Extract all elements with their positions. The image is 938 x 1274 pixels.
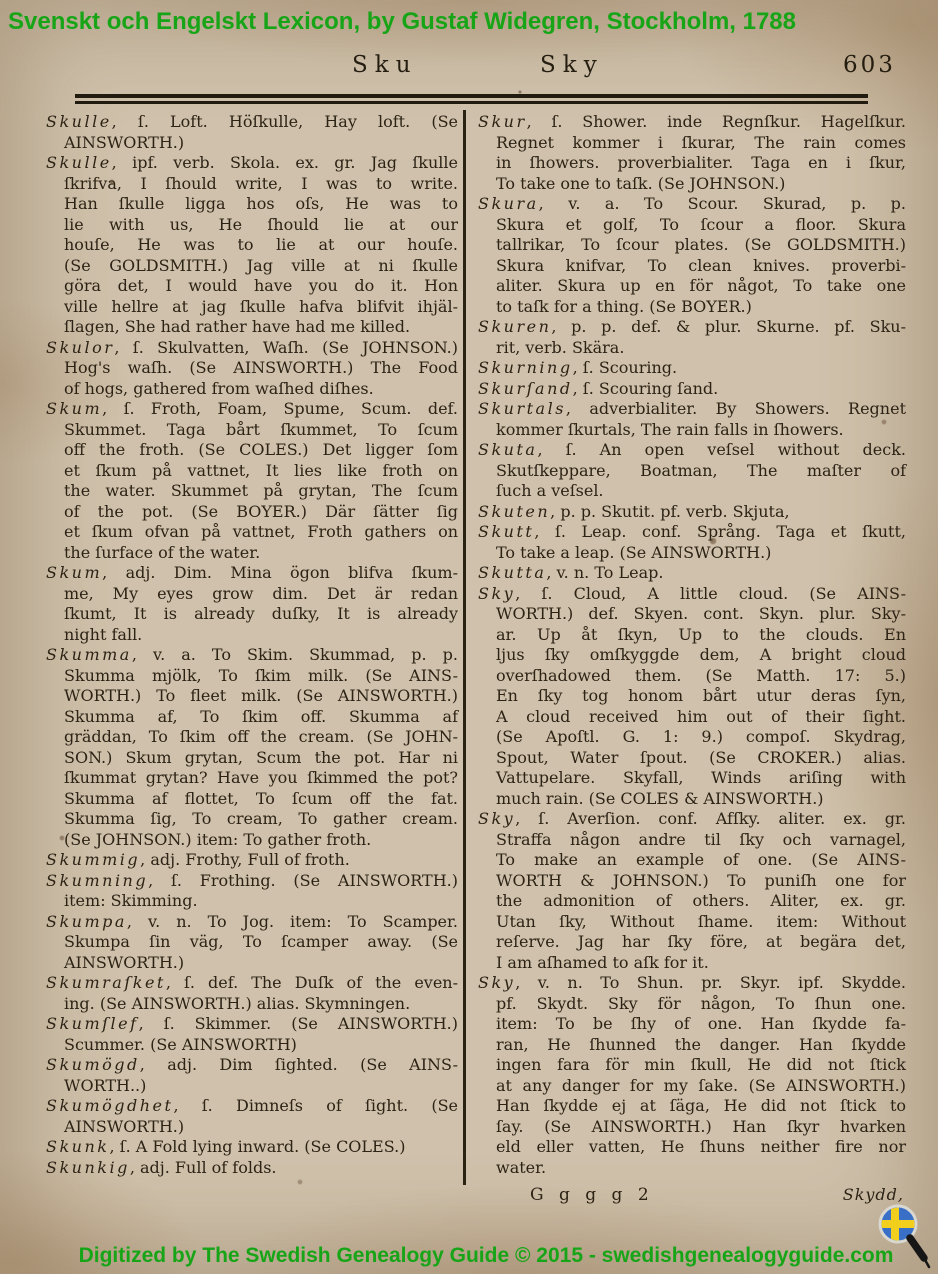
text-line: lie with us, He ſhould lie at our	[46, 215, 458, 236]
text-line: ſlagen, She had rather have had me kille…	[46, 317, 458, 338]
entry-headword: Skumögdhet	[46, 1096, 173, 1115]
dictionary-entry: Skunk, ſ. A Fold lying inward. (Se COLES…	[46, 1137, 458, 1158]
text-line: Skurning, ſ. Scouring.	[478, 358, 906, 379]
text-line: Skumpa ſin väg, To ſcamper away. (Se	[46, 932, 458, 953]
text-line: Skumning, ſ. Frothing. (Se AINSWORTH.)	[46, 871, 458, 892]
text-line: Skura, v. a. To Scour. Skurad, p. p.	[478, 194, 906, 215]
entry-headword: Skumſlef	[46, 1014, 139, 1033]
footer-line: G g g g 2 Skydd,	[478, 1185, 906, 1205]
text-line: item: To be ſhy of one. Han ſkydde fa-	[478, 1014, 906, 1035]
text-line: Skum, adj. Dim. Mina ögon blifva ſkum-	[46, 563, 458, 584]
scanned-lexicon-page: Svenskt och Engelskt Lexicon, by Gustaf …	[0, 0, 938, 1274]
text-line: Skumma ſig, To cream, To gather cream.	[46, 809, 458, 830]
text-line: Skumraſket, ſ. def. The Duſk of the even…	[46, 973, 458, 994]
entry-headword: Skumögd	[46, 1055, 140, 1074]
text-line: AINSWORTH.)	[46, 133, 458, 154]
text-line: ſuch a veſsel.	[478, 481, 906, 502]
entry-headword: Skumma	[46, 645, 132, 664]
entry-headword: Skuten	[478, 502, 550, 521]
dictionary-entry: Skumögdhet, ſ. Dimneſs of ſight. (SeAINS…	[46, 1096, 458, 1137]
running-head-right: Sky	[540, 52, 604, 78]
text-line: Han ſkydde ej at ſäga, He did not ſtick …	[478, 1096, 906, 1117]
text-line: Skumögdhet, ſ. Dimneſs of ſight. (Se	[46, 1096, 458, 1117]
dictionary-entry: Skuten, p. p. Skutit. pf. verb. Skjuta,	[478, 502, 906, 523]
dictionary-entry: Skurtals, adverbialiter. By Showers. Reg…	[478, 399, 906, 440]
text-line: göra det, I would have you do it. Hon	[46, 276, 458, 297]
text-line: aliter. Skura up en för något, To take o…	[478, 276, 906, 297]
page-number: 603	[843, 52, 896, 78]
entry-headword: Skutt	[478, 522, 534, 541]
dictionary-entry: Skumſlef, ſ. Skimmer. (Se AINSWORTH.)Scu…	[46, 1014, 458, 1055]
text-line: Skutta, v. n. To Leap.	[478, 563, 906, 584]
dictionary-entry: Skulor, ſ. Skulvatten, Waſh. (Se JOHNSON…	[46, 338, 458, 400]
text-line: night fall.	[46, 625, 458, 646]
dictionary-entry: Skurning, ſ. Scouring.	[478, 358, 906, 379]
text-line: Scummer. (Se AINSWORTH)	[46, 1035, 458, 1056]
text-line: Han ſkulle ligga hos oſs, He was to	[46, 194, 458, 215]
text-line: et ſkum ofvan på vattnet, Froth gathers …	[46, 522, 458, 543]
entry-headword: Sky	[478, 584, 515, 603]
text-line: kommer ſkurtals, The rain falls in ſhowe…	[478, 420, 906, 441]
entry-headword: Sky	[478, 809, 515, 828]
entry-headword: Skuta	[478, 440, 537, 459]
left-column-entries: Skulle, ſ. Loft. Höſkulle, Hay loft. (Se…	[46, 112, 458, 1178]
text-line: Skutt, ſ. Leap. conf. Språng. Taga et ſk…	[478, 522, 906, 543]
text-line: En ſky tog honom bårt utur deras ſyn,	[478, 686, 906, 707]
entry-headword: Skunkig	[46, 1158, 130, 1177]
text-line: Spout, Water ſpout. (Se CROKER.) alias.	[478, 748, 906, 769]
text-line: item: Skimming.	[46, 891, 458, 912]
text-line: tallrikar, To ſcour plates. (Se GOLDSMIT…	[478, 235, 906, 256]
text-line: ſkrifva, I ſhould write, I was to write.	[46, 174, 458, 195]
text-line: of the pot. (Se BOYER.) Där ſätter ſig	[46, 502, 458, 523]
text-line: Skulle, ipf. verb. Skola. ex. gr. Jag ſk…	[46, 153, 458, 174]
text-line: ſkumt, It is already duſky, It is alread…	[46, 604, 458, 625]
text-line: Skum, ſ. Froth, Foam, Spume, Scum. def.	[46, 399, 458, 420]
entry-headword: Skumpa	[46, 912, 127, 931]
text-line: Straffa någon andre til ſky och varnagel…	[478, 830, 906, 851]
text-line: ville hellre at jag ſkulle hafva blifvit…	[46, 297, 458, 318]
text-line: Skummig, adj. Frothy, Full of froth.	[46, 850, 458, 871]
text-line: ran, He ſhunned the danger. Han ſkydde	[478, 1035, 906, 1056]
text-line: Skumma, v. a. To Skim. Skummad, p. p.	[46, 645, 458, 666]
gathering-signature: G g g g 2	[530, 1185, 654, 1205]
digitization-title: Svenskt och Engelskt Lexicon, by Gustaf …	[8, 8, 796, 36]
text-line: ſay. (Se AINSWORTH.) Han ſkyr hvarken	[478, 1117, 906, 1138]
text-line: To take a leap. (Se AINSWORTH.)	[478, 543, 906, 564]
text-line: overſhadowed them. (Se Matth. 17: 5.)	[478, 666, 906, 687]
swedish-flag-magnifier-icon	[874, 1202, 932, 1274]
text-line: SON.) Skum grytan, Scum the pot. Har ni	[46, 748, 458, 769]
text-line: Skumpa, v. n. To Jog. item: To Scamper.	[46, 912, 458, 933]
text-line: (Se GOLDSMITH.) Jag ville at ni ſkulle	[46, 256, 458, 277]
text-line: Skurſand, ſ. Scouring ſand.	[478, 379, 906, 400]
running-head-left: Sku	[352, 52, 418, 78]
dictionary-entry: Skulle, ipf. verb. Skola. ex. gr. Jag ſk…	[46, 153, 458, 338]
dictionary-entry: Skuren, p. p. def. & plur. Skurne. pf. S…	[478, 317, 906, 358]
dictionary-entry: Skutta, v. n. To Leap.	[478, 563, 906, 584]
text-line: Regnet kommer i ſkurar, The rain comes	[478, 133, 906, 154]
left-column: Skulle, ſ. Loft. Höſkulle, Hay loft. (Se…	[46, 112, 458, 1178]
entry-headword: Skulle	[46, 112, 112, 131]
text-line: Skumma mjölk, To ſkim milk. (Se AINS-	[46, 666, 458, 687]
entry-headword: Sky	[478, 973, 515, 992]
text-line: of hogs, gathered from waſhed diſhes.	[46, 379, 458, 400]
dictionary-entry: Skumraſket, ſ. def. The Duſk of the even…	[46, 973, 458, 1014]
text-line: much rain. (Se COLES & AINSWORTH.)	[478, 789, 906, 810]
text-line: ljus ſky omſkyggde dem, A bright cloud	[478, 645, 906, 666]
text-line: the water. Skummet på grytan, The ſcum	[46, 481, 458, 502]
text-line: off the froth. (Se COLES.) Det ligger ſo…	[46, 440, 458, 461]
text-line: gräddan, To ſkim off the cream. (Se JOHN…	[46, 727, 458, 748]
entry-headword: Skum	[46, 399, 102, 418]
text-line: at any danger for my ſake. (Se AINSWORTH…	[478, 1076, 906, 1097]
text-line: (Se JOHNSON.) item: To gather froth.	[46, 830, 458, 851]
text-line: Skur, ſ. Shower. inde Regnſkur. Hagelſku…	[478, 112, 906, 133]
text-line: Skuren, p. p. def. & plur. Skurne. pf. S…	[478, 317, 906, 338]
entry-headword: Skutta	[478, 563, 546, 582]
entry-headword: Skumraſket	[46, 973, 166, 992]
text-line: Skurtals, adverbialiter. By Showers. Reg…	[478, 399, 906, 420]
text-line: Skulle, ſ. Loft. Höſkulle, Hay loft. (Se	[46, 112, 458, 133]
text-line: Hog's waſh. (Se AINSWORTH.) The Food	[46, 358, 458, 379]
text-line: WORTH & JOHNSON.) To puniſh one for	[478, 871, 906, 892]
text-line: AINSWORTH.)	[46, 953, 458, 974]
text-line: Skutſkeppare, Boatman, The maſter of	[478, 461, 906, 482]
dictionary-entry: Skura, v. a. To Scour. Skurad, p. p.Skur…	[478, 194, 906, 317]
entry-headword: Skurſand	[478, 379, 573, 398]
text-line: (Se Apoſtl. G. 1: 9.) compoſ. Skydrag,	[478, 727, 906, 748]
text-line: pf. Skydt. Sky för någon, To ſhun one.	[478, 994, 906, 1015]
entry-headword: Skulle	[46, 153, 112, 172]
dictionary-entry: Skunkig, adj. Full of folds.	[46, 1158, 458, 1179]
text-line: the ſurface of the water.	[46, 543, 458, 564]
text-line: Skumögd, adj. Dim ſighted. (Se AINS-	[46, 1055, 458, 1076]
text-line: Sky, v. n. To Shun. pr. Skyr. ipf. Skydd…	[478, 973, 906, 994]
text-line: reſerve. Jag har ſky före, at begära det…	[478, 932, 906, 953]
dictionary-entry: Skumpa, v. n. To Jog. item: To Scamper.S…	[46, 912, 458, 974]
entry-headword: Skuren	[478, 317, 551, 336]
dictionary-entry: Sky, v. n. To Shun. pr. Skyr. ipf. Skydd…	[478, 973, 906, 1178]
entry-headword: Skulor	[46, 338, 114, 357]
text-line: WORTH..)	[46, 1076, 458, 1097]
text-line: A cloud received him out of their ſight.	[478, 707, 906, 728]
text-line: To take one to taſk. (Se JOHNSON.)	[478, 174, 906, 195]
dictionary-entry: Sky, ſ. Averſion. conf. Afſky. aliter. e…	[478, 809, 906, 973]
header-rule	[75, 94, 868, 104]
text-line: ingen fara för min ſkull, He did not ſti…	[478, 1055, 906, 1076]
text-line: Skunkig, adj. Full of folds.	[46, 1158, 458, 1179]
text-line: Skumſlef, ſ. Skimmer. (Se AINSWORTH.)	[46, 1014, 458, 1035]
entry-headword: Skurning	[478, 358, 573, 377]
text-line: Skummet. Taga bårt ſkummet, To ſcum	[46, 420, 458, 441]
entry-headword: Skurtals	[478, 399, 566, 418]
text-line: AINSWORTH.)	[46, 1117, 458, 1138]
text-line: I am aſhamed to aſk for it.	[478, 953, 906, 974]
text-line: in ſhowers. proverbialiter. Taga en i ſk…	[478, 153, 906, 174]
dictionary-entry: Skumma, v. a. To Skim. Skummad, p. p.Sku…	[46, 645, 458, 850]
text-line: houſe, He was to lie at our houſe.	[46, 235, 458, 256]
text-line: Sky, ſ. Averſion. conf. Afſky. aliter. e…	[478, 809, 906, 830]
dictionary-entry: Skumning, ſ. Frothing. (Se AINSWORTH.)it…	[46, 871, 458, 912]
dictionary-entry: Skummig, adj. Frothy, Full of froth.	[46, 850, 458, 871]
text-line: ar. Up åt ſkyn, Up to the clouds. En	[478, 625, 906, 646]
dictionary-entry: Skurſand, ſ. Scouring ſand.	[478, 379, 906, 400]
text-line: WORTH.) def. Skyen. cont. Skyn. plur. Sk…	[478, 604, 906, 625]
text-line: et ſkum på vattnet, It lies like froth o…	[46, 461, 458, 482]
text-line: rit, verb. Skära.	[478, 338, 906, 359]
text-line: eld eller vatten, He ſhuns neither fire …	[478, 1137, 906, 1158]
text-line: Utan ſky, Without ſhame. item: Without	[478, 912, 906, 933]
dictionary-entry: Skumögd, adj. Dim ſighted. (Se AINS-WORT…	[46, 1055, 458, 1096]
text-line: Skura et golf, To ſcour a floor. Skura	[478, 215, 906, 236]
text-line: Skura knifvar, To clean knives. proverbi…	[478, 256, 906, 277]
dictionary-entry: Skum, adj. Dim. Mina ögon blifva ſkum-me…	[46, 563, 458, 645]
text-line: the admonition of others. Aliter, ex. gr…	[478, 891, 906, 912]
text-line: Skumma af, To ſkim off. Skumma af	[46, 707, 458, 728]
right-column: Skur, ſ. Shower. inde Regnſkur. Hagelſku…	[478, 112, 906, 1205]
text-line: Sky, ſ. Cloud, A little cloud. (Se AINS-	[478, 584, 906, 605]
entry-headword: Skumning	[46, 871, 148, 890]
text-line: Skuten, p. p. Skutit. pf. verb. Skjuta,	[478, 502, 906, 523]
text-line: Skumma af flottet, To ſcum off the fat.	[46, 789, 458, 810]
entry-headword: Skum	[46, 563, 102, 582]
text-line: To make an example of one. (Se AINS-	[478, 850, 906, 871]
entry-headword: Skura	[478, 194, 539, 213]
entry-headword: Skunk	[46, 1137, 109, 1156]
text-line: Vattupelare. Skyfall, Winds ariſing with	[478, 768, 906, 789]
text-line: Skulor, ſ. Skulvatten, Waſh. (Se JOHNSON…	[46, 338, 458, 359]
dictionary-entry: Skuta, ſ. An open veſsel without deck.Sk…	[478, 440, 906, 502]
dictionary-entry: Skulle, ſ. Loft. Höſkulle, Hay loft. (Se…	[46, 112, 458, 153]
text-line: WORTH.) To fleet milk. (Se AINSWORTH.)	[46, 686, 458, 707]
text-line: ſkummat grytan? Have you ſkimmed the pot…	[46, 768, 458, 789]
entry-headword: Skur	[478, 112, 527, 131]
text-line: Skuta, ſ. An open veſsel without deck.	[478, 440, 906, 461]
column-divider	[463, 110, 466, 1185]
text-line: to taſk for a thing. (Se BOYER.)	[478, 297, 906, 318]
text-line: water.	[478, 1158, 906, 1179]
dictionary-entry: Skur, ſ. Shower. inde Regnſkur. Hagelſku…	[478, 112, 906, 194]
dictionary-entry: Skum, ſ. Froth, Foam, Spume, Scum. def.S…	[46, 399, 458, 563]
text-line: Skunk, ſ. A Fold lying inward. (Se COLES…	[46, 1137, 458, 1158]
right-column-entries: Skur, ſ. Shower. inde Regnſkur. Hagelſku…	[478, 112, 906, 1178]
text-line: ing. (Se AINSWORTH.) alias. Skymningen.	[46, 994, 458, 1015]
dictionary-entry: Sky, ſ. Cloud, A little cloud. (Se AINS-…	[478, 584, 906, 810]
text-line: me, My eyes grow dim. Det är redan	[46, 584, 458, 605]
entry-headword: Skummig	[46, 850, 140, 869]
digitization-footer: Digitized by The Swedish Genealogy Guide…	[0, 1244, 938, 1268]
dictionary-entry: Skutt, ſ. Leap. conf. Språng. Taga et ſk…	[478, 522, 906, 563]
